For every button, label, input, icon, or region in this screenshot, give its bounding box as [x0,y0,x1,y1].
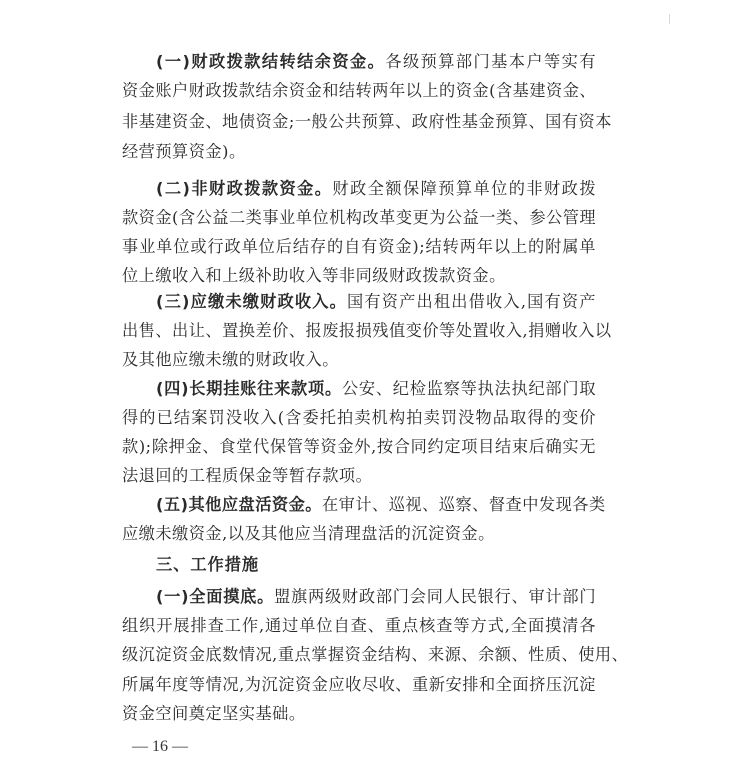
section-lead: (二)非财政拨款资金。 [156,179,332,198]
section-heading: 三、工作措施 [156,554,596,576]
paragraph-line: 位上缴收入和上级补助收入等非同级财政拨款资金。 [122,265,596,287]
paragraph-line: 组织开展排查工作,通过单位自查、重点核查等方式,全面摸清各 [122,615,596,637]
document-page: (一)财政拨款结转结余资金。各级预算部门基本户等实有 资金账户财政拨款结余资金和… [0,0,749,776]
paragraph-line: 款资金(含公益二类事业单位机构改革变更为公益一类、参公管理 [122,207,596,229]
paragraph-line: 非基建资金、地债资金;一般公共预算、政府性基金预算、国有资本 [122,111,596,133]
paragraph-line: (一)全面摸底。盟旗两级财政部门会同人民银行、审计部门 [156,586,596,608]
paragraph-line: 出售、出让、置换差价、报废报损残值变价等处置收入,捐赠收入以 [122,320,596,342]
section-lead: (五)其他应盘活资金。 [156,495,322,514]
paragraph-line: 事业单位或行政单位后结存的自有资金);结转两年以上的附属单 [122,236,596,258]
page-number: — 16 — [132,737,188,757]
paragraph-line: 款);除押金、食堂代保管等资金外,按合同约定项目结束后确实无 [122,436,596,458]
paragraph-line: 级沉淀资金底数情况,重点掌握资金结构、来源、余额、性质、使用、 [122,644,596,666]
paragraph-line: 资金账户财政拨款结余资金和结转两年以上的资金(含基建资金、 [122,80,596,102]
paragraph-line: 资金空间奠定坚实基础。 [122,703,596,725]
section-lead: (一)财政拨款结转结余资金。 [156,52,385,71]
paragraph-line: (二)非财政拨款资金。财政全额保障预算单位的非财政拨 [156,178,596,200]
paragraph-line: 及其他应缴未缴的财政收入。 [122,349,596,371]
paragraph-line: (三)应缴未缴财政收入。国有资产出租出借收入,国有资产 [156,291,596,313]
section-lead: (一)全面摸底。 [156,587,274,606]
paragraph-line: 所属年度等情况,为沉淀资金应收尽收、重新安排和全面挤压沉淀 [122,674,596,696]
paragraph-line: (五)其他应盘活资金。在审计、巡视、巡察、督查中发现各类 [156,494,596,516]
paragraph-line: 得的已结案罚没收入(含委托拍卖机构拍卖罚没物品取得的变价 [122,407,596,429]
paragraph-line: 应缴未缴资金,以及其他应当清理盘活的沉淀资金。 [122,523,596,545]
scan-mark [669,14,670,24]
section-lead: (三)应缴未缴财政收入。 [156,292,347,311]
paragraph-line: (一)财政拨款结转结余资金。各级预算部门基本户等实有 [156,51,596,73]
paragraph-line: 经营预算资金)。 [122,141,596,163]
paragraph-line: (四)长期挂账往来款项。公安、纪检监察等执法执纪部门取 [156,378,596,400]
paragraph-line: 法退回的工程质保金等暂存款项。 [122,465,596,487]
section-lead: (四)长期挂账往来款项。 [156,379,342,398]
